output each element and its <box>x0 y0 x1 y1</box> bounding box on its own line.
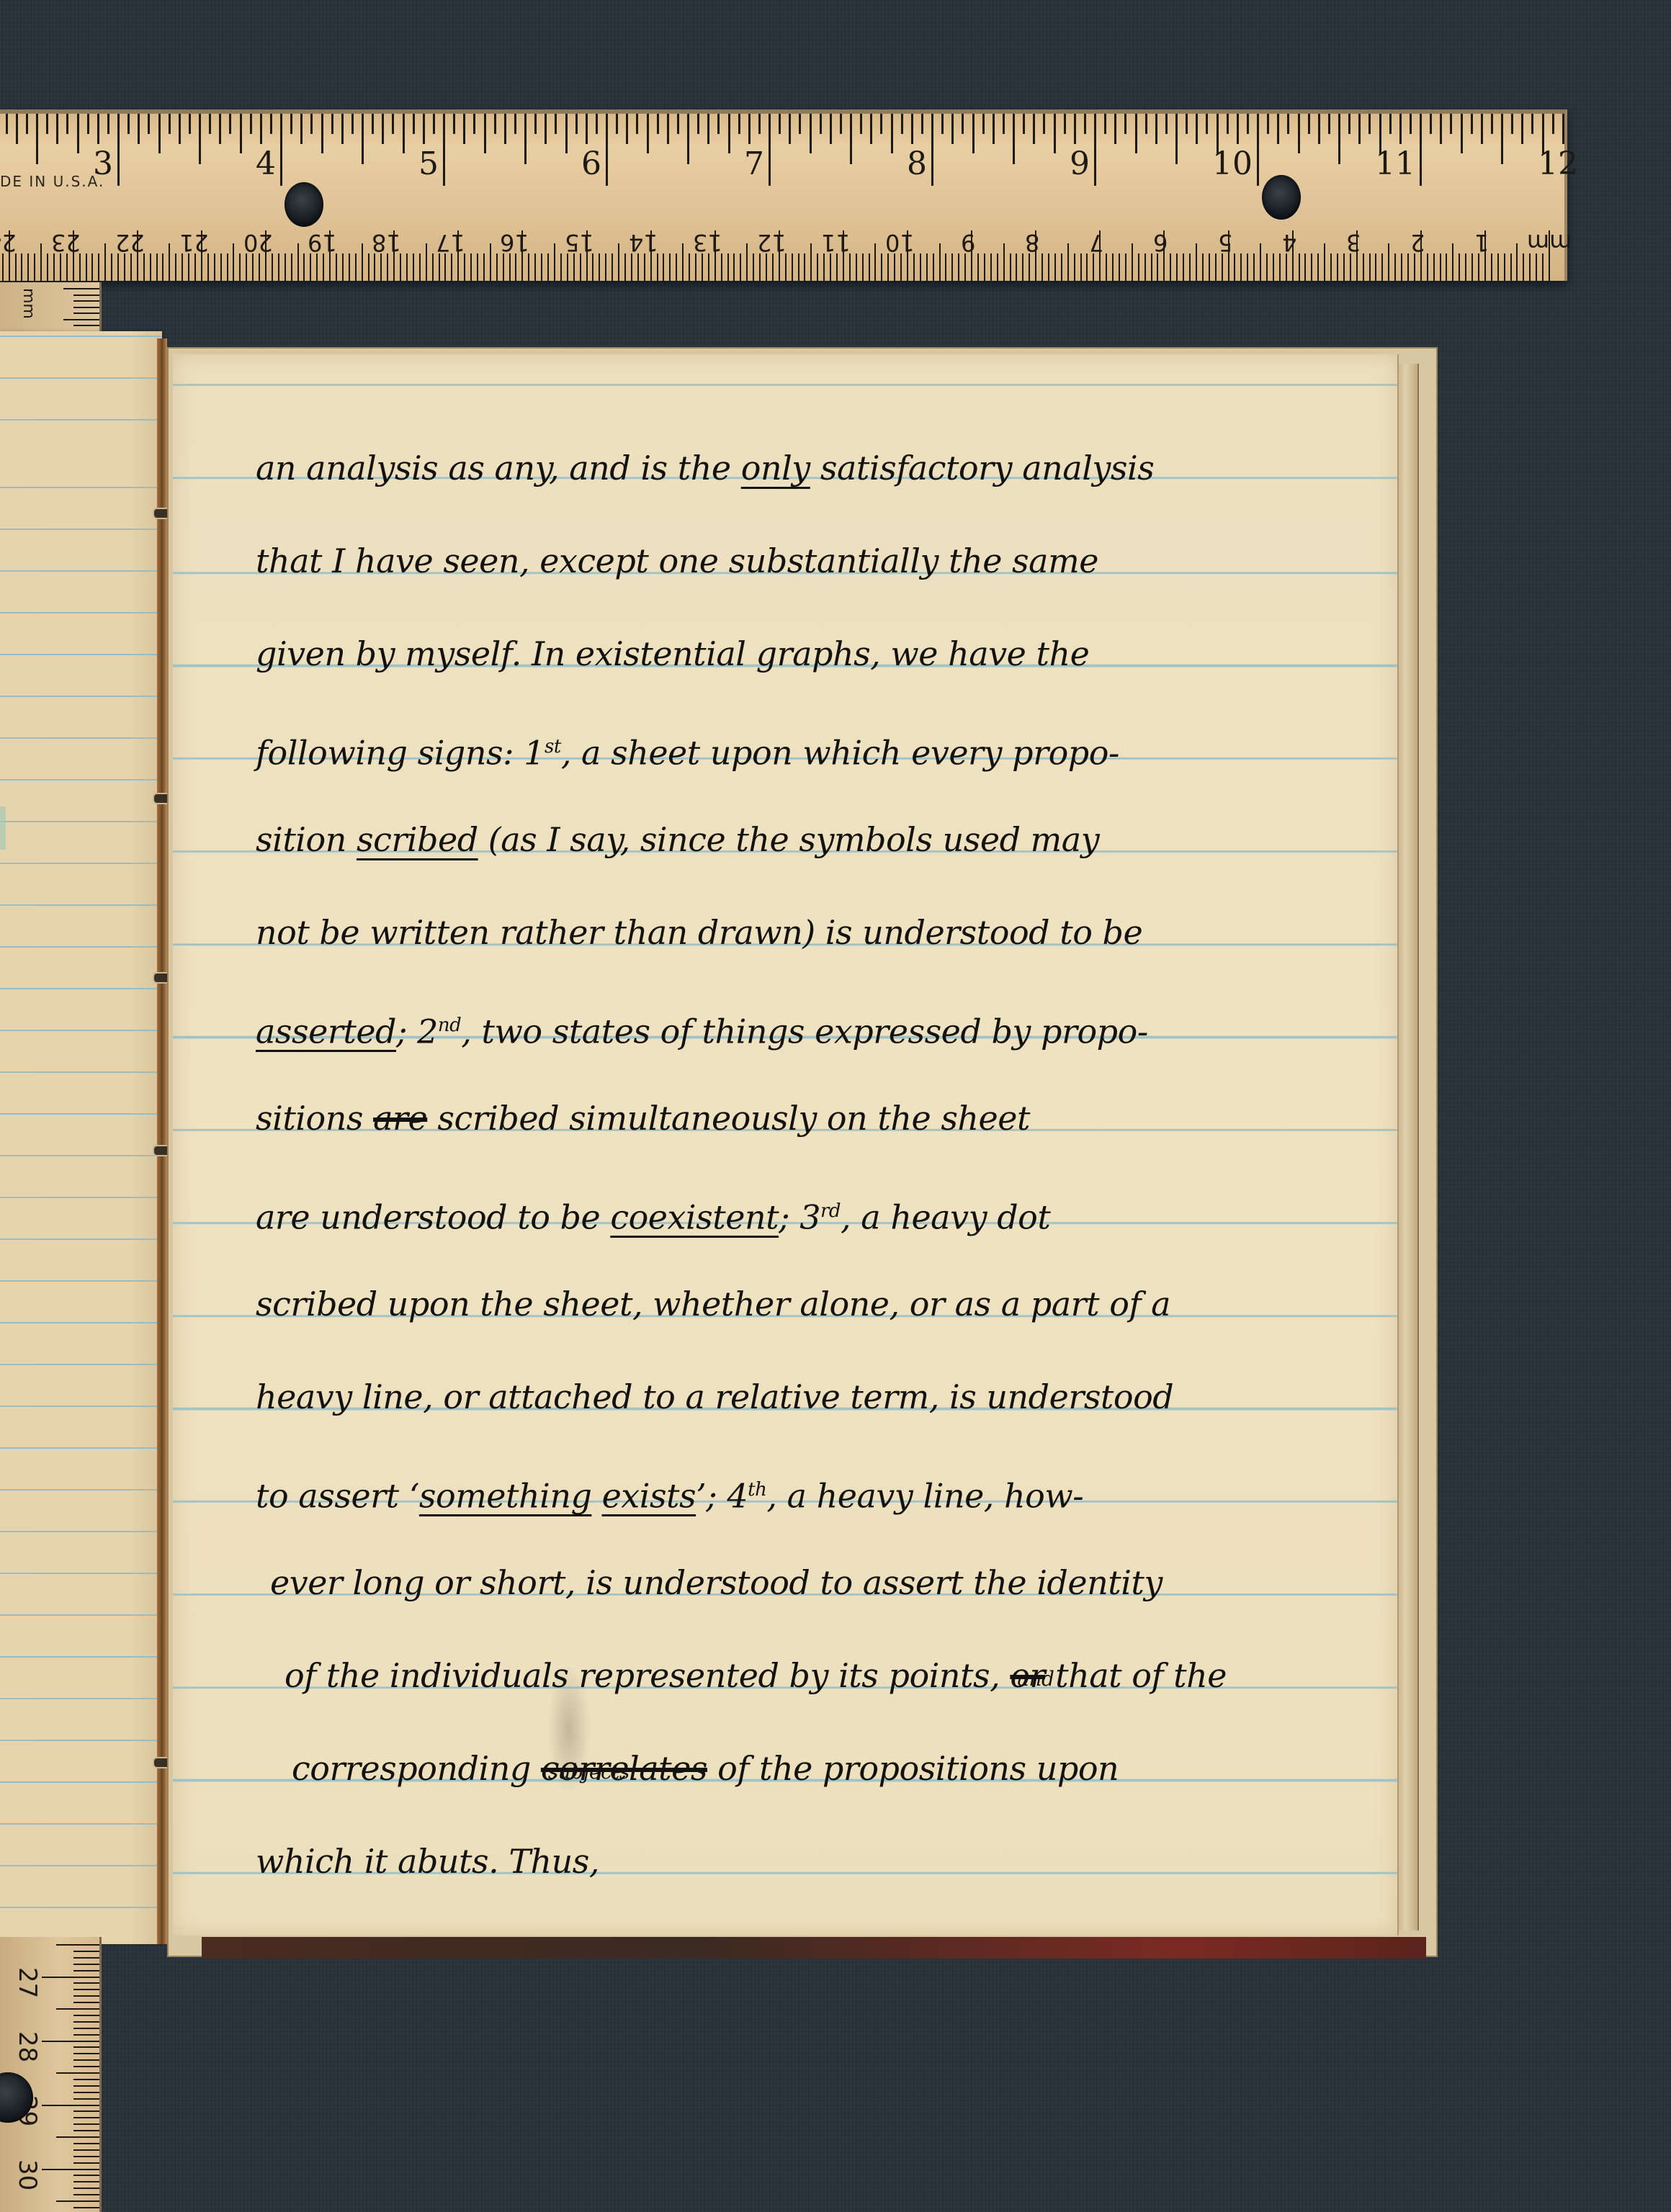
mm-tick <box>1510 253 1512 281</box>
mm-tick <box>63 288 99 289</box>
mm-tick <box>746 243 748 281</box>
manuscript-line: are understood to be coexistent; 3rd, a … <box>256 1175 1401 1268</box>
mm-tick <box>297 243 299 281</box>
inch-tick <box>657 114 659 134</box>
mm-tick <box>15 253 17 281</box>
mm-tick <box>984 253 985 281</box>
mm-tick <box>611 253 613 281</box>
mm-tick <box>733 253 735 281</box>
inch-tick <box>941 114 944 134</box>
mm-tick <box>73 1951 99 1952</box>
mm-tick <box>1048 253 1049 281</box>
inch-tick <box>1135 114 1137 153</box>
mm-tick <box>104 243 106 281</box>
mm-tick <box>66 253 68 281</box>
mm-tick <box>1465 253 1466 281</box>
manuscript-line: following signs: 1st, a sheet upon which… <box>256 711 1401 804</box>
ordinal-suffix: rd <box>820 1200 841 1222</box>
inch-tick <box>1328 114 1330 134</box>
inch-tick <box>1430 114 1432 134</box>
mm-tick <box>785 253 787 281</box>
inch-tick <box>1389 114 1392 134</box>
mm-tick <box>573 253 575 281</box>
inch-label: 4 <box>256 145 280 182</box>
ordinal-suffix: st <box>545 736 561 757</box>
inch-tick <box>240 114 242 153</box>
inch-tick <box>728 114 730 153</box>
mm-tick <box>1029 253 1030 281</box>
cm-label: 12 <box>757 229 787 256</box>
mm-tick <box>753 253 754 281</box>
cm-label: 27 <box>13 1967 42 1998</box>
mm-tick <box>73 2002 99 2003</box>
mm-tick <box>1112 253 1114 281</box>
inch-tick <box>341 114 344 144</box>
mm-tick <box>1350 253 1351 281</box>
text-run: sitions <box>256 1099 373 1138</box>
underlined-word: exists <box>602 1476 696 1515</box>
mm-tick <box>804 253 805 281</box>
mm-tick <box>60 253 61 281</box>
mm-tick <box>1016 253 1017 281</box>
mm-tick <box>182 253 183 281</box>
inch-tick <box>1501 114 1503 164</box>
manuscript-line: which it abuts. Thus, <box>256 1825 1401 1918</box>
mm-tick <box>1106 253 1107 281</box>
mm-tick <box>830 253 831 281</box>
mm-tick <box>316 253 318 281</box>
mm-tick <box>40 243 42 281</box>
inch-tick <box>555 114 557 134</box>
mm-tick <box>792 253 793 281</box>
inch-tick <box>1033 114 1035 144</box>
inch-tick <box>626 114 628 144</box>
inch-tick <box>189 114 191 134</box>
inch-tick <box>16 114 18 144</box>
mm-tick <box>862 253 864 281</box>
inch-tick <box>270 114 272 134</box>
manuscript-line: an analysis as any, and is the only sati… <box>256 432 1401 525</box>
text-run: ; 3 <box>779 1197 820 1236</box>
mm-tick <box>496 253 498 281</box>
mm-tick <box>73 2149 99 2151</box>
mm-tick <box>73 2130 99 2131</box>
mm-tick <box>1414 253 1415 281</box>
inch-tick <box>962 114 964 134</box>
inch-tick <box>1155 114 1157 144</box>
inch-tick <box>77 114 79 153</box>
mm-tick <box>1253 253 1255 281</box>
notebook-cover-bottom <box>202 1937 1426 1959</box>
mm-tick <box>56 2136 99 2138</box>
inch-tick <box>26 114 28 134</box>
mm-tick <box>534 253 536 281</box>
mm-tick <box>528 253 529 281</box>
inch-tick <box>1511 114 1513 134</box>
manuscript-text: an analysis as any, and is the only sati… <box>256 432 1401 1918</box>
mm-tick <box>997 253 998 281</box>
mm-tick <box>73 2207 99 2208</box>
mm-tick <box>73 1964 99 1965</box>
mm-tick <box>42 1977 99 1978</box>
inch-tick <box>1186 114 1188 134</box>
inch-tick <box>158 114 161 153</box>
mm-tick <box>1093 253 1094 281</box>
mm-tick <box>470 253 472 281</box>
inch-tick <box>738 114 740 134</box>
inch-tick <box>1247 114 1249 134</box>
mm-tick <box>1317 253 1319 281</box>
mm-tick <box>56 1944 99 1946</box>
inch-tick <box>1440 114 1442 144</box>
mm-tick <box>194 253 196 281</box>
mm-tick <box>124 253 125 281</box>
mm-tick <box>1240 253 1242 281</box>
mm-tick <box>150 253 151 281</box>
struck-word: correlatessubjects <box>541 1749 707 1788</box>
mm-tick <box>689 253 690 281</box>
text-run: not be written rather than drawn) is und… <box>256 913 1142 952</box>
mm-tick <box>1183 253 1184 281</box>
inch-label: 5 <box>418 145 443 182</box>
inch-tick <box>473 114 475 134</box>
inch-tick <box>1084 114 1086 134</box>
mm-tick <box>945 253 946 281</box>
inch-tick <box>36 114 38 164</box>
mm-tick <box>990 253 992 281</box>
inch-tick <box>1287 114 1289 134</box>
text-run: , two states of things expressed by prop… <box>461 1012 1148 1051</box>
inch-tick <box>1521 114 1523 144</box>
mm-tick <box>1067 243 1069 281</box>
text-run: sition <box>256 820 357 859</box>
inch-tick <box>403 114 405 153</box>
cm-label: 5 <box>1218 229 1232 256</box>
mm-tick <box>663 253 664 281</box>
mm-tick <box>73 300 99 302</box>
inch-tick <box>179 114 181 144</box>
inch-tick <box>1410 114 1412 134</box>
inch-label: 6 <box>581 145 606 182</box>
mm-tick <box>1478 253 1479 281</box>
inch-tick <box>667 114 669 144</box>
mm-tick <box>464 253 465 281</box>
inch-tick <box>56 114 58 144</box>
mm-tick <box>676 253 677 281</box>
inch-tick <box>1064 114 1066 134</box>
mm-tick <box>766 253 767 281</box>
mm-tick <box>1330 253 1332 281</box>
manuscript-line: scribed upon the sheet, whether alone, o… <box>256 1268 1401 1361</box>
inch-tick <box>1094 114 1096 186</box>
mm-tick <box>1337 253 1338 281</box>
mm-tick <box>1144 253 1146 281</box>
cm-label: 21 <box>179 229 209 256</box>
mm-tick <box>1401 253 1402 281</box>
text-run: are understood to be <box>256 1197 610 1236</box>
mm-tick <box>1363 253 1364 281</box>
struck-word: are <box>373 1099 427 1138</box>
mm-tick <box>34 253 35 281</box>
mm-tick <box>721 253 722 281</box>
mm-tick <box>355 253 357 281</box>
text-run: that of the <box>1045 1656 1227 1695</box>
mm-tick <box>42 2041 99 2042</box>
mm-tick <box>1497 253 1499 281</box>
text-run: , a sheet upon which every propo- <box>561 733 1119 772</box>
inch-tick <box>290 114 292 134</box>
mm-tick <box>490 243 491 281</box>
mm-tick <box>1196 243 1197 281</box>
ruled-lines <box>0 331 162 1944</box>
cm-label: 15 <box>565 229 594 256</box>
mm-tick <box>541 253 542 281</box>
manuscript-line: corresponding correlatessubjects of the … <box>256 1732 1401 1825</box>
mm-tick <box>1022 253 1023 281</box>
mm-tick <box>259 253 260 281</box>
mm-tick <box>560 253 562 281</box>
mm-tick <box>951 253 953 281</box>
cm-label: 7 <box>1089 229 1103 256</box>
mm-tick <box>759 253 761 281</box>
cm-label: 24 <box>0 229 16 256</box>
notebook-gutter <box>157 338 167 1944</box>
mm-tick <box>349 253 350 281</box>
cm-label: 8 <box>1025 229 1039 256</box>
inch-tick <box>1175 114 1178 164</box>
ordinal-suffix: th <box>748 1479 766 1501</box>
inch-tick <box>1450 114 1452 134</box>
mm-tick <box>1279 253 1281 281</box>
mm-tick <box>1394 253 1396 281</box>
mm-tick <box>42 2105 99 2106</box>
ruler-maker-text: DE IN U.S.A. <box>0 173 104 190</box>
mm-tick <box>900 253 902 281</box>
inch-label: 8 <box>907 145 931 182</box>
mm-tick <box>42 2169 99 2170</box>
mm-tick <box>73 2156 99 2157</box>
inch-tick <box>1206 114 1208 134</box>
mm-tick <box>188 253 189 281</box>
text-run: scribed simultaneously on the sheet <box>427 1099 1030 1138</box>
mm-tick <box>73 2123 99 2125</box>
mm-tick <box>56 2200 99 2202</box>
mm-tick <box>73 2066 99 2067</box>
text-run: heavy line, or attached to a relative te… <box>256 1377 1173 1416</box>
mm-tick <box>169 243 170 281</box>
page-tab-mark <box>0 806 6 850</box>
mm-tick <box>958 253 959 281</box>
inch-tick <box>1368 114 1371 134</box>
ruler-hole <box>1262 175 1301 220</box>
inch-tick <box>321 114 323 153</box>
inch-tick <box>310 114 313 134</box>
text-run: scribed upon the sheet, whether alone, o… <box>256 1285 1170 1323</box>
mm-tick <box>1157 253 1158 281</box>
mm-tick <box>73 2053 99 2054</box>
mm-tick <box>1471 253 1473 281</box>
inch-tick <box>1461 114 1463 153</box>
inch-tick <box>901 114 903 134</box>
inch-tick <box>138 114 140 144</box>
text-run <box>591 1476 601 1515</box>
mm-tick <box>239 253 241 281</box>
cm-label: 30 <box>13 2159 42 2190</box>
mm-label: mm <box>19 288 37 319</box>
mm-tick <box>73 2181 99 2182</box>
text-run: ’; 4 <box>696 1476 748 1515</box>
mm-tick <box>252 253 254 281</box>
mm-tick <box>772 253 774 281</box>
mm-tick <box>503 253 504 281</box>
inch-tick <box>1491 114 1493 134</box>
inch-tick <box>1267 114 1269 134</box>
mm-tick <box>439 253 440 281</box>
mm-tick <box>657 253 658 281</box>
mm-tick <box>380 253 382 281</box>
mm-tick <box>117 253 119 281</box>
mm-tick <box>143 253 145 281</box>
underlined-word: coexistent <box>610 1197 779 1236</box>
mm-tick <box>554 243 555 281</box>
mm-tick <box>406 253 408 281</box>
inch-tick <box>46 114 48 134</box>
inch-tick <box>433 114 435 134</box>
inch-tick <box>972 114 975 153</box>
manuscript-line: not be written rather than drawn) is und… <box>256 896 1401 989</box>
mm-tick <box>727 253 729 281</box>
mm-tick <box>1452 243 1453 281</box>
ruler-fragment-top-left: mm <box>0 282 102 336</box>
manuscript-line: asserted; 2nd, two states of things expr… <box>256 989 1401 1082</box>
mm-tick <box>27 253 29 281</box>
mm-tick <box>1299 253 1300 281</box>
ruler-hole <box>285 182 323 227</box>
inch-tick <box>616 114 618 134</box>
mm-tick <box>1215 253 1217 281</box>
inch-tick <box>117 114 120 186</box>
cm-label: 16 <box>500 229 529 256</box>
text-run: an analysis as any, and is the <box>256 449 741 487</box>
inch-tick <box>1237 114 1239 144</box>
interlinear-insertion: and <box>1017 1643 1054 1715</box>
mm-tick <box>894 253 895 281</box>
inch-tick <box>229 114 231 134</box>
mm-tick <box>933 253 934 281</box>
inch-tick <box>565 114 568 153</box>
manuscript-line: sitions are scribed simultaneously on th… <box>256 1082 1401 1175</box>
inch-tick <box>799 114 801 134</box>
inch-tick <box>1165 114 1168 134</box>
inch-tick <box>1104 114 1106 134</box>
inch-tick <box>860 114 862 134</box>
mm-tick <box>1086 253 1088 281</box>
inch-tick <box>1298 114 1300 153</box>
mm-tick <box>939 243 941 281</box>
mm-tick <box>1324 243 1325 281</box>
mm-tick <box>1170 253 1171 281</box>
mm-tick <box>1234 253 1235 281</box>
mm-tick <box>426 243 427 281</box>
mm-tick <box>483 253 485 281</box>
mm-tick <box>303 253 305 281</box>
mm-tick <box>73 2059 99 2061</box>
inch-tick <box>717 114 720 134</box>
mm-tick <box>73 1982 99 1984</box>
mm-tick <box>227 253 228 281</box>
mm-tick <box>1041 253 1043 281</box>
cm-label: 1 <box>1474 229 1489 256</box>
inch-tick <box>524 114 527 164</box>
mm-tick <box>73 2079 99 2080</box>
mm-tick <box>1523 253 1524 281</box>
inch-tick <box>280 114 282 186</box>
mm-tick <box>1132 243 1133 281</box>
inch-tick <box>870 114 872 144</box>
inch-tick <box>423 114 425 144</box>
inch-tick <box>199 114 201 164</box>
inch-label: 10 <box>1212 145 1257 182</box>
inch-tick <box>87 114 89 134</box>
mm-tick <box>547 253 549 281</box>
cm-label: 20 <box>243 229 273 256</box>
inch-tick <box>596 114 598 134</box>
mm-tick <box>73 2110 99 2112</box>
text-run: to assert ‘ <box>256 1476 419 1515</box>
text-run: of the individuals represented by its po… <box>285 1656 1010 1695</box>
mm-tick <box>73 307 99 308</box>
inch-tick <box>484 114 486 153</box>
inch-tick <box>300 114 303 144</box>
underlined-word: asserted <box>256 1012 396 1051</box>
mm-tick <box>387 253 388 281</box>
underlined-word: only <box>741 449 810 487</box>
text-run: ever long or short, is understood to ass… <box>270 1563 1162 1602</box>
mm-tick <box>1273 253 1274 281</box>
underlined-word: something <box>419 1476 592 1515</box>
inch-tick <box>463 114 465 144</box>
mm-tick <box>111 253 112 281</box>
inch-tick <box>372 114 374 134</box>
cm-label: 13 <box>693 229 722 256</box>
inch-tick <box>789 114 791 144</box>
inch-tick <box>758 114 761 134</box>
mm-tick <box>599 253 600 281</box>
cm-label: 9 <box>961 229 975 256</box>
mm-tick <box>73 2162 99 2164</box>
inch-tick <box>1124 114 1126 134</box>
mm-tick <box>1202 253 1204 281</box>
mm-tick <box>207 253 209 281</box>
mm-tick <box>73 295 99 296</box>
inch-tick <box>1227 114 1229 134</box>
mm-tick <box>1209 253 1210 281</box>
mm-tick <box>1010 253 1011 281</box>
inch-tick <box>1318 114 1320 144</box>
mm-tick <box>73 1957 99 1959</box>
mm-tick <box>1529 253 1531 281</box>
underlined-word: scribed <box>357 820 478 859</box>
inch-tick <box>1145 114 1147 134</box>
inch-tick <box>382 114 384 144</box>
mm-tick <box>246 253 247 281</box>
mm-tick <box>644 253 645 281</box>
inch-tick <box>1114 114 1116 144</box>
inch-tick <box>1471 114 1473 134</box>
inch-tick <box>769 114 771 186</box>
mm-tick <box>1119 253 1120 281</box>
mm-tick <box>368 253 369 281</box>
